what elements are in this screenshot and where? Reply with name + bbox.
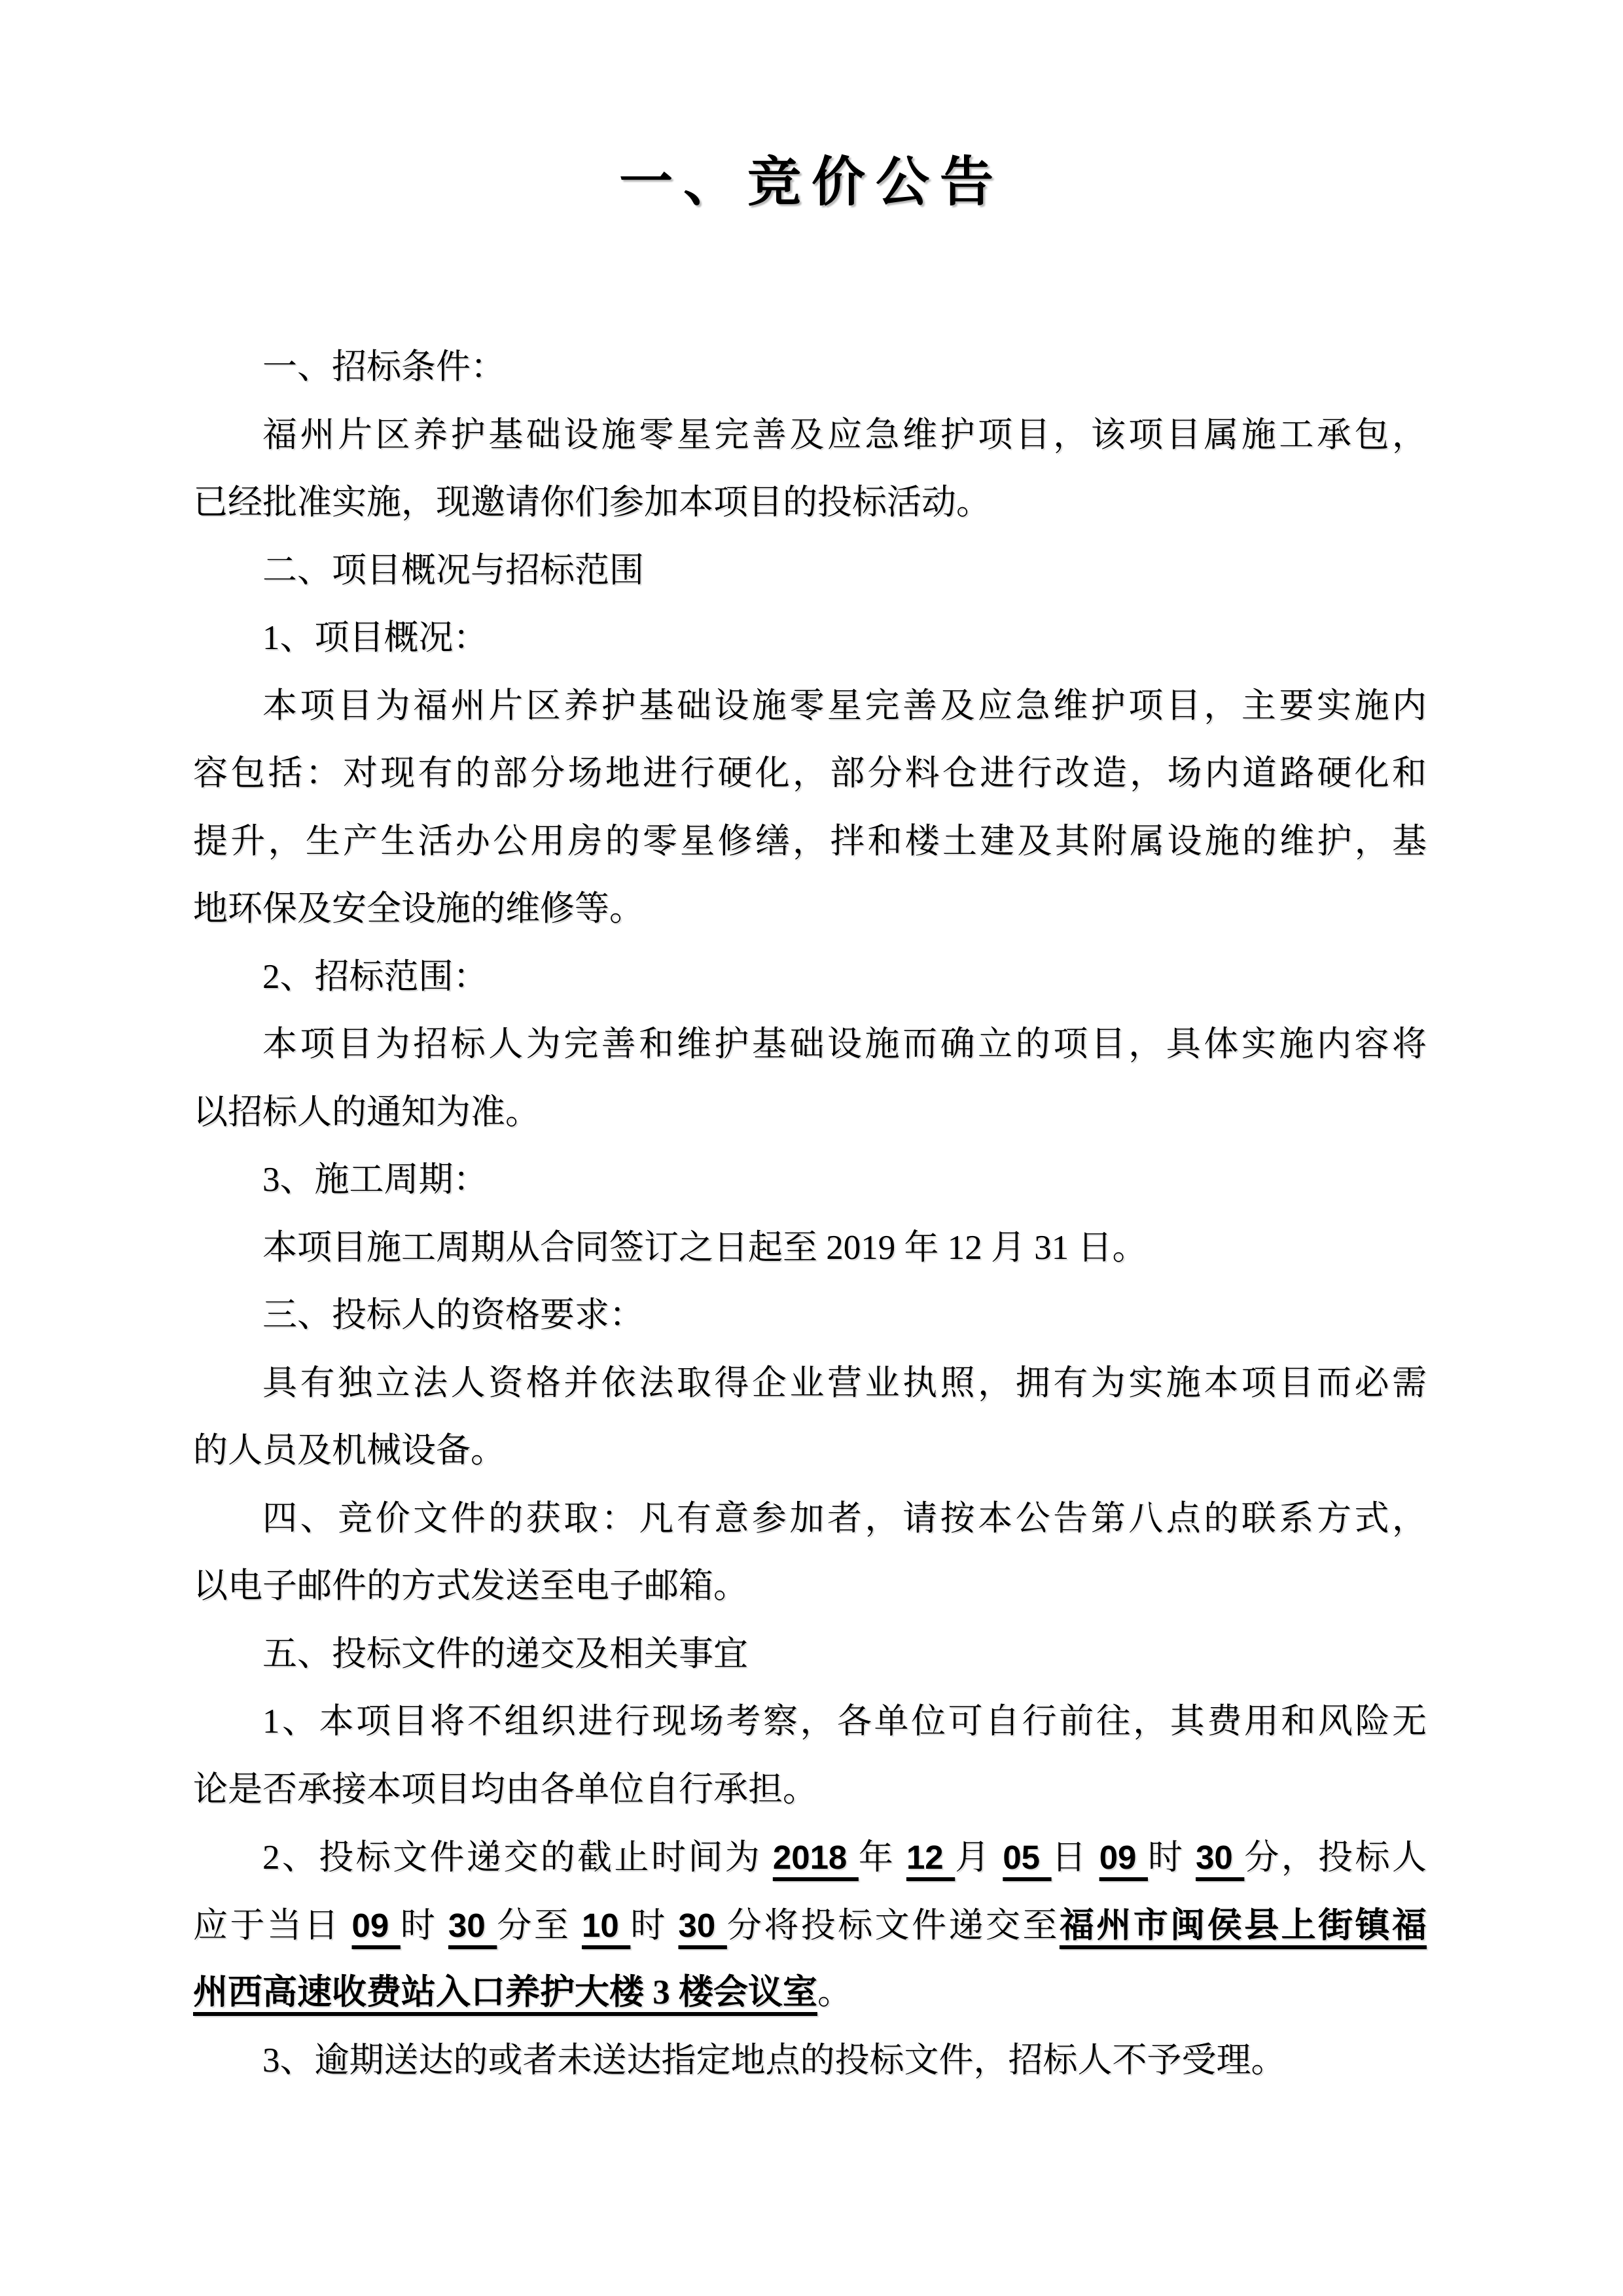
text-line: 四、竞价文件的获取：凡有意参加者，请按本公告第八点的联系方式， <box>193 1485 1427 1553</box>
text-line: 一、招标条件： <box>193 334 1427 402</box>
text-segment: 具有独立法人资格并依法取得企业营业执照，拥有为实施本项目而必需 <box>262 1364 1427 1402</box>
text-segment: 月 <box>955 1839 1003 1877</box>
text-segment: 。 <box>817 1973 852 2011</box>
text-line: 三、投标人的资格要求： <box>193 1282 1427 1350</box>
emphasized-text-segment: 2018 <box>773 1839 859 1876</box>
text-segment: 2、招标范围： <box>262 958 488 996</box>
emphasized-text-segment: 州西高速收费站入口养护大楼 3 楼会议室 <box>193 1973 817 2011</box>
text-line: 1、本项目将不组织进行现场考察，各单位可自行前往，其费用和风险无 <box>193 1688 1427 1756</box>
emphasized-text-segment: 12 <box>906 1839 955 1876</box>
text-segment: 一、招标条件： <box>262 348 505 386</box>
document-page: 一、竞价公告 一、招标条件：福州片区养护基础设施零星完善及应急维护项目，该项目属… <box>0 0 1623 2296</box>
emphasized-text-segment: 30 <box>679 1907 727 1944</box>
text-segment: 本项目施工周期从合同签订之日起至 2019 年 12 月 31 日。 <box>262 1229 1147 1267</box>
text-segment: 以电子邮件的方式发送至电子邮箱。 <box>193 1567 748 1605</box>
text-line: 应于当日 09 时 30 分至 10 时 30 分将投标文件递交至福州市闽侯县上… <box>193 1892 1427 1960</box>
text-segment: 论是否承接本项目均由各单位自行承担。 <box>193 1771 817 1809</box>
text-segment: 已经批准实施，现邀请你们参加本项目的投标活动。 <box>193 484 991 521</box>
emphasized-text-segment: 09 <box>1099 1839 1148 1876</box>
text-segment: 容包括：对现有的部分场地进行硬化，部分料仓进行改造，场内道路硬化和 <box>193 754 1427 792</box>
text-segment: 福州片区养护基础设施零星完善及应急维护项目，该项目属施工承包， <box>262 416 1427 454</box>
text-segment: 3、逾期送达的或者未送达指定地点的投标文件，招标人不予受理。 <box>262 2041 1286 2079</box>
text-segment: 二、项目概况与招标范围 <box>262 552 644 590</box>
text-line: 州西高速收费站入口养护大楼 3 楼会议室。 <box>193 1959 1427 2027</box>
text-line: 以招标人的通知为准。 <box>193 1079 1427 1147</box>
text-segment: 分，投标人 <box>1244 1839 1427 1877</box>
page-title: 一、竞价公告 <box>0 149 1623 217</box>
text-segment: 1、项目概况： <box>262 619 488 657</box>
emphasized-text-segment: 30 <box>1196 1839 1244 1876</box>
text-line: 2、投标文件递交的截止时间为 2018 年 12 月 05 日 09 时 30 … <box>193 1824 1427 1892</box>
text-line: 地环保及安全设施的维修等。 <box>193 875 1427 944</box>
emphasized-text-segment: 30 <box>448 1907 497 1944</box>
text-segment: 时 <box>1148 1839 1196 1877</box>
text-line: 3、逾期送达的或者未送达指定地点的投标文件，招标人不予受理。 <box>193 2027 1427 2095</box>
text-segment: 的人员及机械设备。 <box>193 1432 505 1470</box>
document-body: 一、招标条件：福州片区养护基础设施零星完善及应急维护项目，该项目属施工承包，已经… <box>193 334 1427 2094</box>
text-segment: 地环保及安全设施的维修等。 <box>193 890 644 928</box>
text-segment: 3、施工周期： <box>262 1161 488 1199</box>
text-segment: 日 <box>1052 1839 1099 1877</box>
text-line: 本项目为招标人为完善和维护基础设施而确立的项目，具体实施内容将 <box>193 1011 1427 1079</box>
text-segment: 五、投标文件的递交及相关事宜 <box>262 1635 748 1673</box>
text-segment: 分将投标文件递交至 <box>727 1907 1060 1945</box>
text-line: 已经批准实施，现邀请你们参加本项目的投标活动。 <box>193 469 1427 537</box>
text-line: 本项目为福州片区养护基础设施零星完善及应急维护项目，主要实施内 <box>193 673 1427 741</box>
text-segment: 分至 <box>497 1907 582 1945</box>
emphasized-text-segment: 09 <box>352 1907 401 1944</box>
text-segment: 本项目为招标人为完善和维护基础设施而确立的项目，具体实施内容将 <box>262 1025 1427 1063</box>
text-line: 五、投标文件的递交及相关事宜 <box>193 1621 1427 1689</box>
text-line: 福州片区养护基础设施零星完善及应急维护项目，该项目属施工承包， <box>193 402 1427 470</box>
text-line: 以电子邮件的方式发送至电子邮箱。 <box>193 1553 1427 1621</box>
emphasized-text-segment: 福州市闽侯县上街镇福 <box>1060 1907 1427 1945</box>
text-line: 3、施工周期： <box>193 1146 1427 1214</box>
text-line: 二、项目概况与招标范围 <box>193 537 1427 605</box>
text-line: 容包括：对现有的部分场地进行硬化，部分料仓进行改造，场内道路硬化和 <box>193 740 1427 808</box>
text-segment: 四、竞价文件的获取：凡有意参加者，请按本公告第八点的联系方式， <box>262 1500 1427 1538</box>
text-segment: 时 <box>630 1907 678 1945</box>
text-segment: 2、投标文件递交的截止时间为 <box>262 1839 773 1877</box>
text-line: 1、项目概况： <box>193 605 1427 673</box>
text-segment: 时 <box>401 1907 448 1945</box>
emphasized-text-segment: 10 <box>582 1907 630 1944</box>
text-line: 具有独立法人资格并依法取得企业营业执照，拥有为实施本项目而必需 <box>193 1350 1427 1418</box>
text-segment: 以招标人的通知为准。 <box>193 1093 540 1131</box>
text-segment: 提升，生产生活办公用房的零星修缮，拌和楼土建及其附属设施的维护，基 <box>193 822 1427 860</box>
text-segment: 本项目为福州片区养护基础设施零星完善及应急维护项目，主要实施内 <box>262 687 1427 725</box>
text-segment: 三、投标人的资格要求： <box>262 1296 644 1334</box>
text-line: 论是否承接本项目均由各单位自行承担。 <box>193 1756 1427 1824</box>
text-line: 提升，生产生活办公用房的零星修缮，拌和楼土建及其附属设施的维护，基 <box>193 808 1427 876</box>
emphasized-text-segment: 05 <box>1003 1839 1051 1876</box>
text-segment: 1、本项目将不组织进行现场考察，各单位可自行前往，其费用和风险无 <box>262 1703 1427 1740</box>
text-line: 的人员及机械设备。 <box>193 1417 1427 1485</box>
text-line: 2、招标范围： <box>193 944 1427 1012</box>
text-line: 本项目施工周期从合同签订之日起至 2019 年 12 月 31 日。 <box>193 1214 1427 1282</box>
text-segment: 年 <box>859 1839 906 1877</box>
text-segment: 应于当日 <box>193 1907 352 1945</box>
